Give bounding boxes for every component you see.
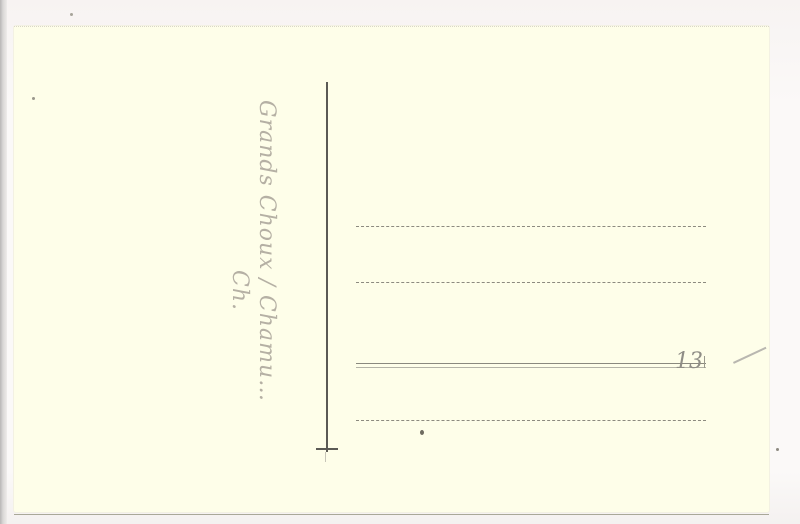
dust-speck [32, 97, 35, 100]
pencil-number: 13 [675, 349, 703, 374]
handwriting-line-1: Grands Choux / Chamu… [254, 100, 279, 460]
address-line-4 [356, 420, 706, 422]
address-line-3-tick [704, 356, 705, 368]
dust-speck [70, 13, 73, 16]
postcard-center-divider [326, 82, 328, 452]
divider-foot-tick [325, 452, 326, 462]
dust-speck [776, 448, 779, 451]
postcard-back [14, 26, 769, 512]
address-line-1 [356, 226, 706, 228]
address-line-3 [356, 363, 706, 365]
card-top-edge [14, 26, 769, 29]
address-line-3-underline [356, 367, 706, 369]
ink-mark [420, 430, 424, 435]
card-deckled-bottom-edge [14, 508, 769, 515]
handwriting-line-2: Ch. [227, 100, 252, 460]
address-line-2 [356, 282, 706, 284]
handwritten-caption: Grands Choux / Chamu… Ch. [227, 100, 279, 460]
divider-foot [316, 448, 338, 450]
scanner-edge-strip [0, 0, 7, 524]
